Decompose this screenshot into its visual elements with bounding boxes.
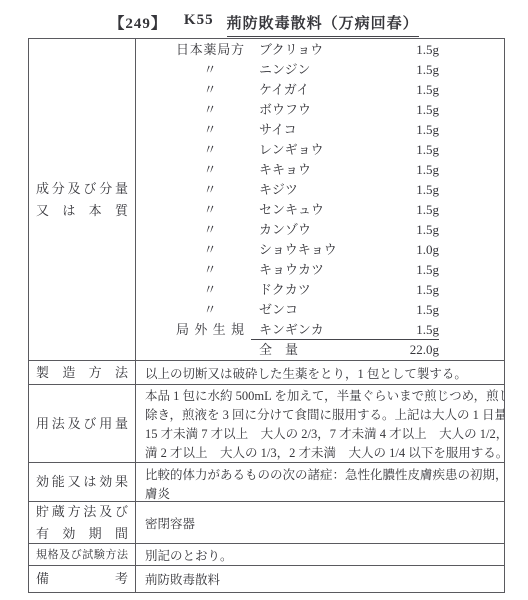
efficacy-line: 膚炎 <box>145 485 504 501</box>
compendium-label: 〃 <box>176 220 244 240</box>
ingredient-quantity: 1.5g <box>416 100 439 120</box>
ingredient-name: キョウカツ <box>259 260 324 280</box>
row-efficacy: 効能又は効果 比較的体力があるものの次の諸症：急性化膿性皮膚疾患の初期，湿疹・皮… <box>29 463 504 502</box>
ingredient-detail: カンゾウ1.5g <box>251 220 439 240</box>
compendium-label: 局外生規 <box>176 320 244 340</box>
ingredient-detail: キョウカツ1.5g <box>251 260 439 280</box>
label-line: 又は本質 <box>36 200 128 222</box>
ingredient-detail: ブクリョウ1.5g <box>251 40 439 60</box>
ingredient-row: 〃 キョウカツ1.5g <box>136 260 504 280</box>
ingredient-row: 〃 ゼンコ1.5g <box>136 300 504 320</box>
ingredient-name: センキュウ <box>259 200 324 220</box>
ingredient-detail: キキョウ1.5g <box>251 160 439 180</box>
compendium-label: 〃 <box>176 260 244 280</box>
row-label-remarks: 備考 <box>29 566 136 592</box>
compendium-label: 〃 <box>176 60 244 80</box>
label-line: 備考 <box>36 568 128 590</box>
ingredient-row: 〃 ボウフウ1.5g <box>136 100 504 120</box>
ingredient-quantity: 1.5g <box>416 260 439 280</box>
ingredient-quantity: 1.5g <box>416 40 439 60</box>
efficacy-text: 比較的体力があるものの次の諸症：急性化膿性皮膚疾患の初期，湿疹・皮 膚炎 <box>136 463 504 501</box>
ingredient-quantity: 1.5g <box>416 60 439 80</box>
compendium-label: 〃 <box>176 300 244 320</box>
compendium-label: 〃 <box>176 180 244 200</box>
dosage-line: 除き，煎液を 3 回に分けて食間に服用する。上記は大人の 1 日量である。 <box>145 406 504 425</box>
ingredient-name: ドクカツ <box>259 280 311 300</box>
row-label-storage: 貯蔵方法及び 有効期間 <box>29 502 136 543</box>
ingredient-quantity: 1.5g <box>416 180 439 200</box>
compendium-label: 〃 <box>176 100 244 120</box>
ingredient-quantity: 1.5g <box>416 300 439 320</box>
compendium-label: 〃 <box>176 280 244 300</box>
compendium-label <box>176 340 244 360</box>
ingredient-name: キジツ <box>259 180 298 200</box>
compendium-label: 〃 <box>176 120 244 140</box>
ingredient-row: 〃 カンゾウ1.5g <box>136 220 504 240</box>
document-page: 【249】 K55 荊防敗毒散料（万病回春） 成分及び分量 又は本質 日本薬局方… <box>0 0 528 600</box>
ingredient-quantity: 1.5g <box>416 320 439 339</box>
row-spec: 規格及び試験方法 別記のとおり。 <box>29 544 504 566</box>
label-line: 有効期間 <box>36 523 128 544</box>
ingredient-name: ブクリョウ <box>259 40 323 60</box>
row-remarks: 備考 荊防敗毒散料 <box>29 566 504 592</box>
entry-code: K55 <box>184 12 214 29</box>
total-detail: 全 量22.0g <box>251 340 439 360</box>
ingredient-list: 日本薬局方 ブクリョウ1.5g 〃 ニンジン1.5g 〃 ケイガイ1.5g <box>136 40 504 340</box>
ingredient-name: サイコ <box>259 120 297 140</box>
row-label-composition: 成分及び分量 又は本質 <box>29 39 136 360</box>
ingredient-quantity: 1.0g <box>416 240 439 260</box>
ingredient-name: カンゾウ <box>259 220 311 240</box>
ingredient-quantity: 1.5g <box>416 280 439 300</box>
row-label-dosage: 用法及び用量 <box>29 385 136 462</box>
storage-text: 密閉容器 <box>136 502 504 543</box>
ingredient-quantity: 1.5g <box>416 160 439 180</box>
ingredient-detail: センキュウ1.5g <box>251 200 439 220</box>
label-line: 効能又は効果 <box>36 471 128 493</box>
row-storage: 貯蔵方法及び 有効期間 密閉容器 <box>29 502 504 544</box>
ingredient-detail: ショウキョウ1.0g <box>251 240 439 260</box>
total-quantity: 22.0g <box>410 340 439 360</box>
label-line: 貯蔵方法及び <box>36 502 128 523</box>
compendium-label: 日本薬局方 <box>176 40 244 60</box>
row-manufacturing: 製造方法 以上の切断又は破砕した生薬をとり，1 包として製する。 <box>29 361 504 385</box>
remarks-text: 荊防敗毒散料 <box>136 566 504 592</box>
ingredient-row: 〃 キジツ1.5g <box>136 180 504 200</box>
ingredient-detail: キンギンカ1.5g <box>251 320 439 340</box>
total-row: 全 量22.0g <box>136 340 504 360</box>
composition-content: 日本薬局方 ブクリョウ1.5g 〃 ニンジン1.5g 〃 ケイガイ1.5g <box>136 39 504 360</box>
compendium-label: 〃 <box>176 160 244 180</box>
dosage-line: 本品 1 包に水約 500mL を加えて，半量ぐらいまで煎じつめ，煎じかすを <box>145 387 504 406</box>
ingredient-quantity: 1.5g <box>416 140 439 160</box>
spec-text: 別記のとおり。 <box>136 544 504 565</box>
ingredient-detail: レンギョウ1.5g <box>251 140 439 160</box>
total-label: 全 量 <box>259 340 298 360</box>
ingredient-row: 〃 レンギョウ1.5g <box>136 140 504 160</box>
entry-number: 【249】 <box>109 12 167 33</box>
ingredient-detail: キジツ1.5g <box>251 180 439 200</box>
ingredient-quantity: 1.5g <box>416 80 439 100</box>
page-title: 【249】 K55 荊防敗毒散料（万病回春） <box>0 12 528 37</box>
ingredient-quantity: 1.5g <box>416 200 439 220</box>
ingredient-row: 〃 センキュウ1.5g <box>136 200 504 220</box>
dosage-line: 15 才未満 7 才以上 大人の 2/3，7 才未満 4 才以上 大人の 1/2… <box>145 425 504 444</box>
label-line: 成分及び分量 <box>36 178 128 200</box>
ingredient-name: ケイガイ <box>259 80 309 100</box>
ingredient-row: 〃 ニンジン1.5g <box>136 60 504 80</box>
compendium-label: 〃 <box>176 200 244 220</box>
ingredient-detail: サイコ1.5g <box>251 120 439 140</box>
ingredient-name: ボウフウ <box>259 100 311 120</box>
spec-table: 成分及び分量 又は本質 日本薬局方 ブクリョウ1.5g 〃 ニンジン1.5g <box>28 38 505 593</box>
drug-name: 荊防敗毒散料（万病回春） <box>227 12 419 37</box>
ingredient-row: 局外生規 キンギンカ1.5g <box>136 320 504 340</box>
dosage-text: 本品 1 包に水約 500mL を加えて，半量ぐらいまで煎じつめ，煎じかすを 除… <box>136 385 504 462</box>
ingredient-quantity: 1.5g <box>416 120 439 140</box>
ingredient-name: キンギンカ <box>259 320 324 339</box>
ingredient-detail: ゼンコ1.5g <box>251 300 439 320</box>
ingredient-name: ショウキョウ <box>259 240 337 260</box>
row-label-spec: 規格及び試験方法 <box>29 544 136 565</box>
compendium-label: 〃 <box>176 240 244 260</box>
ingredient-name: レンギョウ <box>259 140 324 160</box>
row-label-manufacturing: 製造方法 <box>29 361 136 384</box>
dosage-line: 満 2 才以上 大人の 1/3，2 才未満 大人の 1/4 以下を服用する。 <box>145 444 504 462</box>
ingredient-row: 〃 キキョウ1.5g <box>136 160 504 180</box>
ingredient-quantity: 1.5g <box>416 220 439 240</box>
row-label-efficacy: 効能又は効果 <box>29 463 136 501</box>
ingredient-row: 〃 ケイガイ1.5g <box>136 80 504 100</box>
ingredient-row: 〃 ショウキョウ1.0g <box>136 240 504 260</box>
label-line: 用法及び用量 <box>36 413 128 435</box>
ingredient-detail: ニンジン1.5g <box>251 60 439 80</box>
label-line: 規格及び試験方法 <box>36 544 128 565</box>
compendium-label: 〃 <box>176 140 244 160</box>
ingredient-name: キキョウ <box>259 160 311 180</box>
ingredient-detail: ボウフウ1.5g <box>251 100 439 120</box>
ingredient-detail: ケイガイ1.5g <box>251 80 439 100</box>
row-dosage: 用法及び用量 本品 1 包に水約 500mL を加えて，半量ぐらいまで煎じつめ，… <box>29 385 504 463</box>
manufacturing-text: 以上の切断又は破砕した生薬をとり，1 包として製する。 <box>136 361 504 384</box>
ingredient-row: 〃 ドクカツ1.5g <box>136 280 504 300</box>
ingredient-name: ゼンコ <box>259 300 298 320</box>
compendium-label: 〃 <box>176 80 244 100</box>
row-composition: 成分及び分量 又は本質 日本薬局方 ブクリョウ1.5g 〃 ニンジン1.5g <box>29 39 504 361</box>
ingredient-row: 〃 サイコ1.5g <box>136 120 504 140</box>
ingredient-row: 日本薬局方 ブクリョウ1.5g <box>136 40 504 60</box>
ingredient-detail: ドクカツ1.5g <box>251 280 439 300</box>
efficacy-line: 比較的体力があるものの次の諸症：急性化膿性皮膚疾患の初期，湿疹・皮 <box>145 466 504 485</box>
ingredient-name: ニンジン <box>259 60 310 80</box>
label-line: 製造方法 <box>36 362 128 384</box>
